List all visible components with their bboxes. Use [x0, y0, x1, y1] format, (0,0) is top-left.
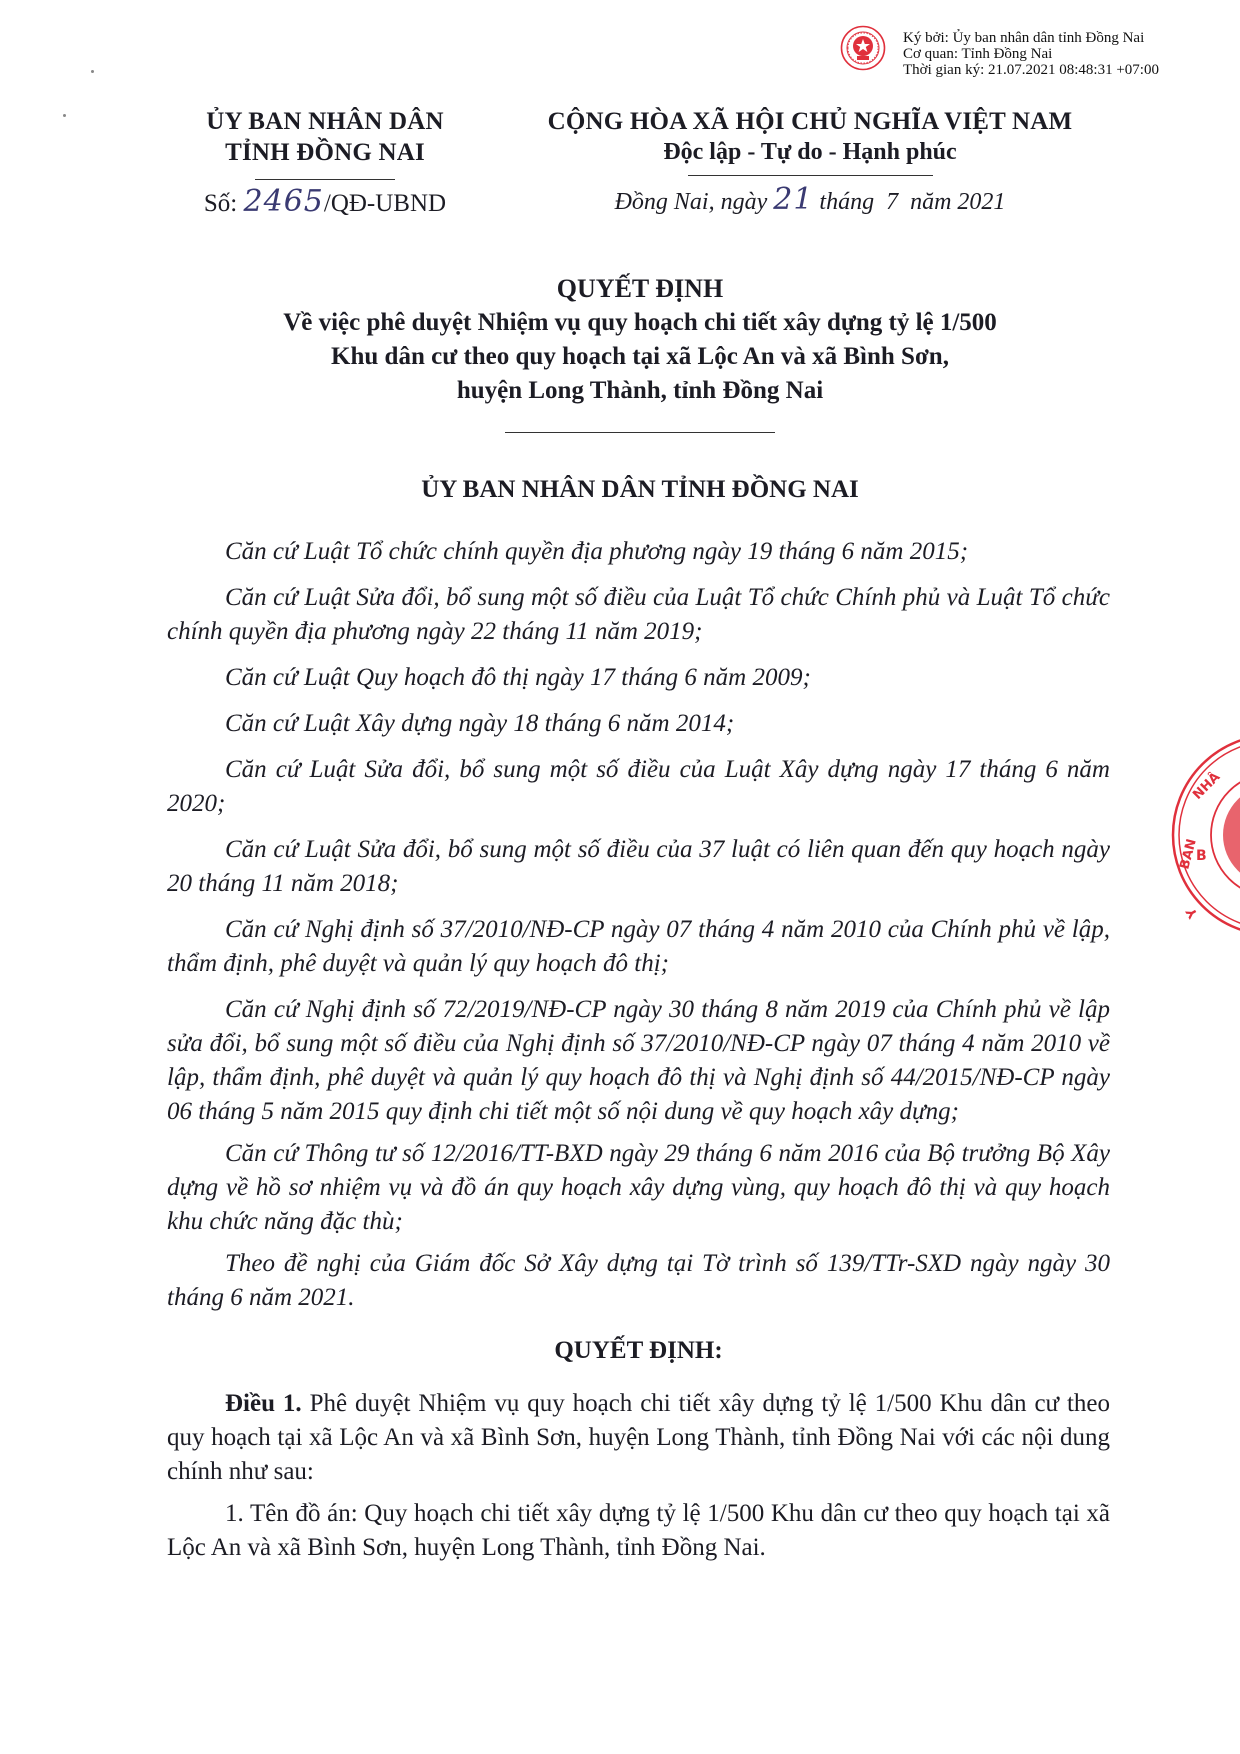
- issuing-authority-header: ỦY BAN NHÂN DÂN TỈNH ĐỒNG NAI Số: 2465/Q…: [170, 106, 480, 219]
- digital-signature-info: Ký bởi: Ủy ban nhân dân tỉnh Đồng Nai Cơ…: [903, 30, 1159, 78]
- authority-heading: ỦY BAN NHÂN DÂN TỈNH ĐỒNG NAI: [150, 474, 1130, 506]
- motto-underline: [688, 175, 933, 176]
- handwritten-day: 21: [773, 182, 813, 217]
- article-1-text: Phê duyệt Nhiệm vụ quy hoạch chi tiết xâ…: [167, 1390, 1110, 1485]
- preamble-clause: Căn cứ Luật Sửa đổi, bổ sung một số điều…: [167, 833, 1110, 901]
- article-1-item-1: 1. Tên đồ án: Quy hoạch chi tiết xây dựn…: [167, 1497, 1110, 1565]
- title-subject-line: Về việc phê duyệt Nhiệm vụ quy hoạch chi…: [150, 306, 1130, 340]
- article-1-label: Điều 1.: [225, 1390, 302, 1417]
- date-prefix: Đồng Nai, ngày: [615, 189, 768, 215]
- preamble-clause: Căn cứ Luật Quy hoạch đô thị ngày 17 thá…: [167, 661, 1110, 695]
- authority-underline: [255, 179, 395, 180]
- svg-text:Y: Y: [1183, 904, 1201, 921]
- article-1: Điều 1. Phê duyệt Nhiệm vụ quy hoạch chi…: [167, 1387, 1110, 1489]
- title-subject-line: Khu dân cư theo quy hoạch tại xã Lộc An …: [150, 340, 1130, 374]
- authority-line-1: ỦY BAN NHÂN DÂN: [170, 106, 480, 137]
- signing-agency: Cơ quan: Tỉnh Đồng Nai: [903, 46, 1159, 62]
- authority-line-2: TỈNH ĐỒNG NAI: [170, 137, 480, 168]
- national-motto: Độc lập - Tự do - Hạnh phúc: [520, 137, 1100, 167]
- preamble-clause: Căn cứ Luật Xây dựng ngày 18 tháng 6 năm…: [167, 707, 1110, 741]
- title-subject-line: huyện Long Thành, tỉnh Đồng Nai: [150, 374, 1130, 408]
- state-emblem-icon: [840, 25, 886, 71]
- number-suffix: /QĐ-UBND: [324, 190, 446, 217]
- scan-speck: [91, 70, 94, 73]
- date-suffix: tháng 7 năm 2021: [819, 189, 1005, 215]
- title-underline: [505, 432, 775, 433]
- signed-by: Ký bởi: Ủy ban nhân dân tỉnh Đồng Nai: [903, 30, 1159, 46]
- national-header: CỘNG HÒA XÃ HỘI CHỦ NGHĨA VIỆT NAM Độc l…: [520, 106, 1100, 217]
- preamble-clause: Căn cứ Thông tư số 12/2016/TT-BXD ngày 2…: [167, 1137, 1110, 1239]
- preamble-clause: Căn cứ Nghị định số 37/2010/NĐ-CP ngày 0…: [167, 913, 1110, 981]
- preamble-clause: Căn cứ Luật Tổ chức chính quyền địa phươ…: [167, 535, 1110, 569]
- number-prefix: Số:: [204, 190, 237, 217]
- signing-time: Thời gian ký: 21.07.2021 08:48:31 +07:00: [903, 62, 1159, 78]
- issue-date: Đồng Nai, ngày 21 tháng 7 năm 2021: [520, 185, 1100, 217]
- nation-name: CỘNG HÒA XÃ HỘI CHỦ NGHĨA VIỆT NAM: [520, 106, 1100, 137]
- decision-heading: QUYẾT ĐỊNH:: [167, 1335, 1110, 1367]
- document-title: QUYẾT ĐỊNH Về việc phê duyệt Nhiệm vụ qu…: [150, 272, 1130, 433]
- document-number: Số: 2465/QĐ-UBND: [170, 187, 480, 219]
- handwritten-number: 2465: [244, 184, 324, 219]
- title-main: QUYẾT ĐỊNH: [150, 272, 1130, 306]
- preamble-clause: Căn cứ Luật Sửa đổi, bổ sung một số điều…: [167, 753, 1110, 821]
- preamble-clause: Căn cứ Luật Sửa đổi, bổ sung một số điều…: [167, 581, 1110, 649]
- preamble-clause: Căn cứ Nghị định số 72/2019/NĐ-CP ngày 3…: [167, 993, 1110, 1129]
- proposal-clause: Theo đề nghị của Giám đốc Sở Xây dựng tạ…: [167, 1247, 1110, 1315]
- svg-text:B: B: [1196, 848, 1207, 864]
- scan-speck: [63, 114, 66, 117]
- red-official-seal-icon: B BAN NHÂ Y: [1168, 730, 1240, 940]
- document-body: Căn cứ Luật Tổ chức chính quyền địa phươ…: [167, 535, 1110, 1577]
